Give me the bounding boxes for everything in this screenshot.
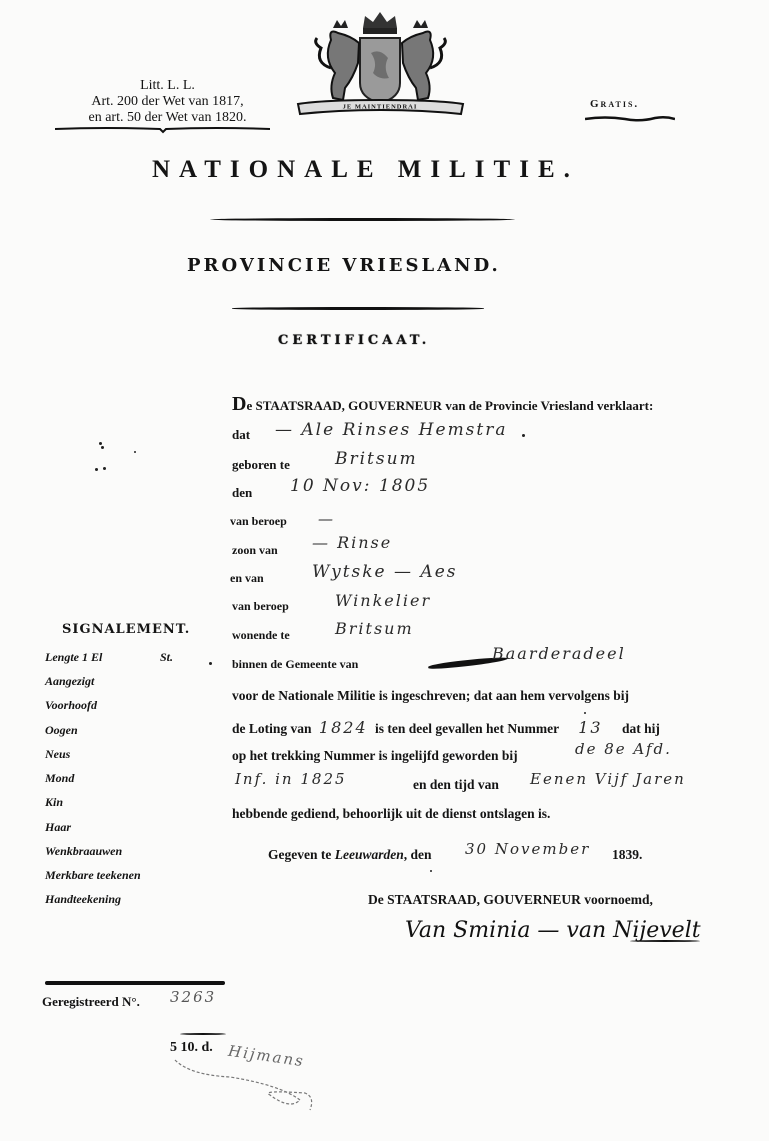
lottery-tail: dat hij: [622, 721, 660, 736]
body-line-5: hebbende gediend, behoorlijk uit de dien…: [232, 806, 550, 822]
field-label-van-beroep-2: van beroep: [232, 599, 289, 614]
litt-label: Litt. L. L.: [50, 78, 285, 94]
given-place: Leeuwarden: [335, 847, 404, 862]
lottery-text: is ten deel gevallen het Nummer: [375, 721, 559, 736]
sig-item-merkbare-teekenen: Merkbare teekenen: [45, 868, 141, 883]
signature-flourish: [630, 940, 700, 942]
field-label-den: den: [232, 485, 252, 501]
sig-item-mond: Mond: [45, 771, 74, 786]
lottery-label: de Loting van: [232, 721, 312, 736]
field-value-birthdate: 10 Nov: 1805: [290, 476, 430, 496]
registry-number: 3263: [170, 988, 216, 1006]
body-line-2: de Loting van 1824 is ten deel gevallen …: [232, 718, 660, 737]
signature-flourish: [170, 1055, 320, 1115]
field-value-residence: Britsum: [335, 619, 414, 638]
intro-line: De STAATSRAAD, GOUVERNEUR van de Provinc…: [232, 393, 653, 416]
field-label-wonende-te: wonende te: [232, 628, 290, 643]
given-prefix: Gegeven te: [268, 847, 331, 862]
motto: JE MAINTIENDRAI: [343, 104, 418, 111]
sig-item-wenkbraauwen: Wenkbraauwen: [45, 844, 122, 859]
sig-item-kin: Kin: [45, 795, 63, 810]
body-line-1: voor de Nationale Militie is ingeschreve…: [232, 688, 629, 704]
ornamental-rule: [585, 115, 675, 123]
sig-st-label: St.: [160, 650, 173, 665]
given-line: Gegeven te Leeuwarden, den: [268, 847, 432, 863]
lottery-year: 1824: [319, 718, 368, 737]
given-date-hand: 30 November: [465, 840, 590, 858]
dropcap: D: [232, 393, 246, 415]
field-value-birthplace: Britsum: [335, 449, 418, 469]
sig-item-lengte: Lengte 1 El: [45, 650, 102, 665]
registry-stamp: 5 10. d.: [170, 1040, 213, 1056]
coat-of-arms-icon: JE MAINTIENDRAI: [293, 8, 468, 118]
sig-item-oogen: Oogen: [45, 723, 78, 738]
document-title: NATIONALE MILITIE.: [152, 156, 579, 184]
law-reference: Litt. L. L. Art. 200 der Wet van 1817, e…: [50, 78, 285, 126]
given-mid: , den: [404, 847, 432, 862]
sig-item-handteekening: Handteekening: [45, 892, 121, 907]
law-line-1: Art. 200 der Wet van 1817,: [50, 94, 285, 110]
divider: [45, 981, 225, 985]
divider: [210, 218, 515, 221]
intro-text: e STAATSRAAD, GOUVERNEUR van de Provinci…: [246, 398, 653, 413]
regiment-hand: de 8e Afd.: [575, 740, 672, 758]
field-label-geboren-te: geboren te: [232, 457, 290, 473]
field-value-mother: Wytske — Aes: [312, 562, 458, 582]
divider: [180, 1033, 226, 1035]
sig-item-aangezigt: Aangezigt: [45, 674, 94, 689]
registry-label: Geregistreerd N°.: [42, 994, 140, 1010]
field-value-parent-occupation: Winkelier: [335, 591, 431, 610]
field-value-name: — Ale Rinses Hemstra: [275, 420, 508, 440]
given-year: 1839.: [612, 847, 642, 863]
field-label-en-van: en van: [230, 571, 264, 586]
field-value-municipality: Baarderadeel: [492, 644, 626, 663]
ornamental-rule: [55, 126, 270, 134]
sig-item-voorhoofd: Voorhoofd: [45, 698, 97, 713]
field-label-van-beroep: van beroep: [230, 514, 287, 529]
field-value-occupation: —: [318, 510, 335, 528]
divider: [232, 307, 484, 310]
signatory-title: De STAATSRAAD, GOUVERNEUR voornoemd,: [368, 892, 653, 908]
body-line-4: en den tijd van: [413, 777, 499, 793]
field-label-gemeente: binnen de Gemeente van: [232, 657, 358, 672]
service-year-hand: Inf. in 1825: [235, 770, 347, 788]
signalement-heading: SIGNALEMENT.: [62, 622, 190, 637]
sig-item-neus: Neus: [45, 747, 70, 762]
gratis-label: Gratis.: [590, 98, 639, 110]
body-line-3: op het trekking Nummer is ingelijfd gewo…: [232, 748, 518, 764]
province-heading: PROVINCIE VRIESLAND.: [187, 255, 501, 276]
law-line-2: en art. 50 der Wet van 1820.: [50, 110, 285, 126]
field-label-zoon-van: zoon van: [232, 543, 278, 558]
service-duration-hand: Eenen Vijf Jaren: [530, 770, 686, 788]
field-label-dat: dat: [232, 427, 250, 443]
sig-item-haar: Haar: [45, 820, 71, 835]
certificate-heading: CERTIFICAAT.: [278, 333, 430, 348]
field-value-father: — Rinse: [312, 533, 392, 552]
lottery-number: 13: [578, 718, 602, 737]
